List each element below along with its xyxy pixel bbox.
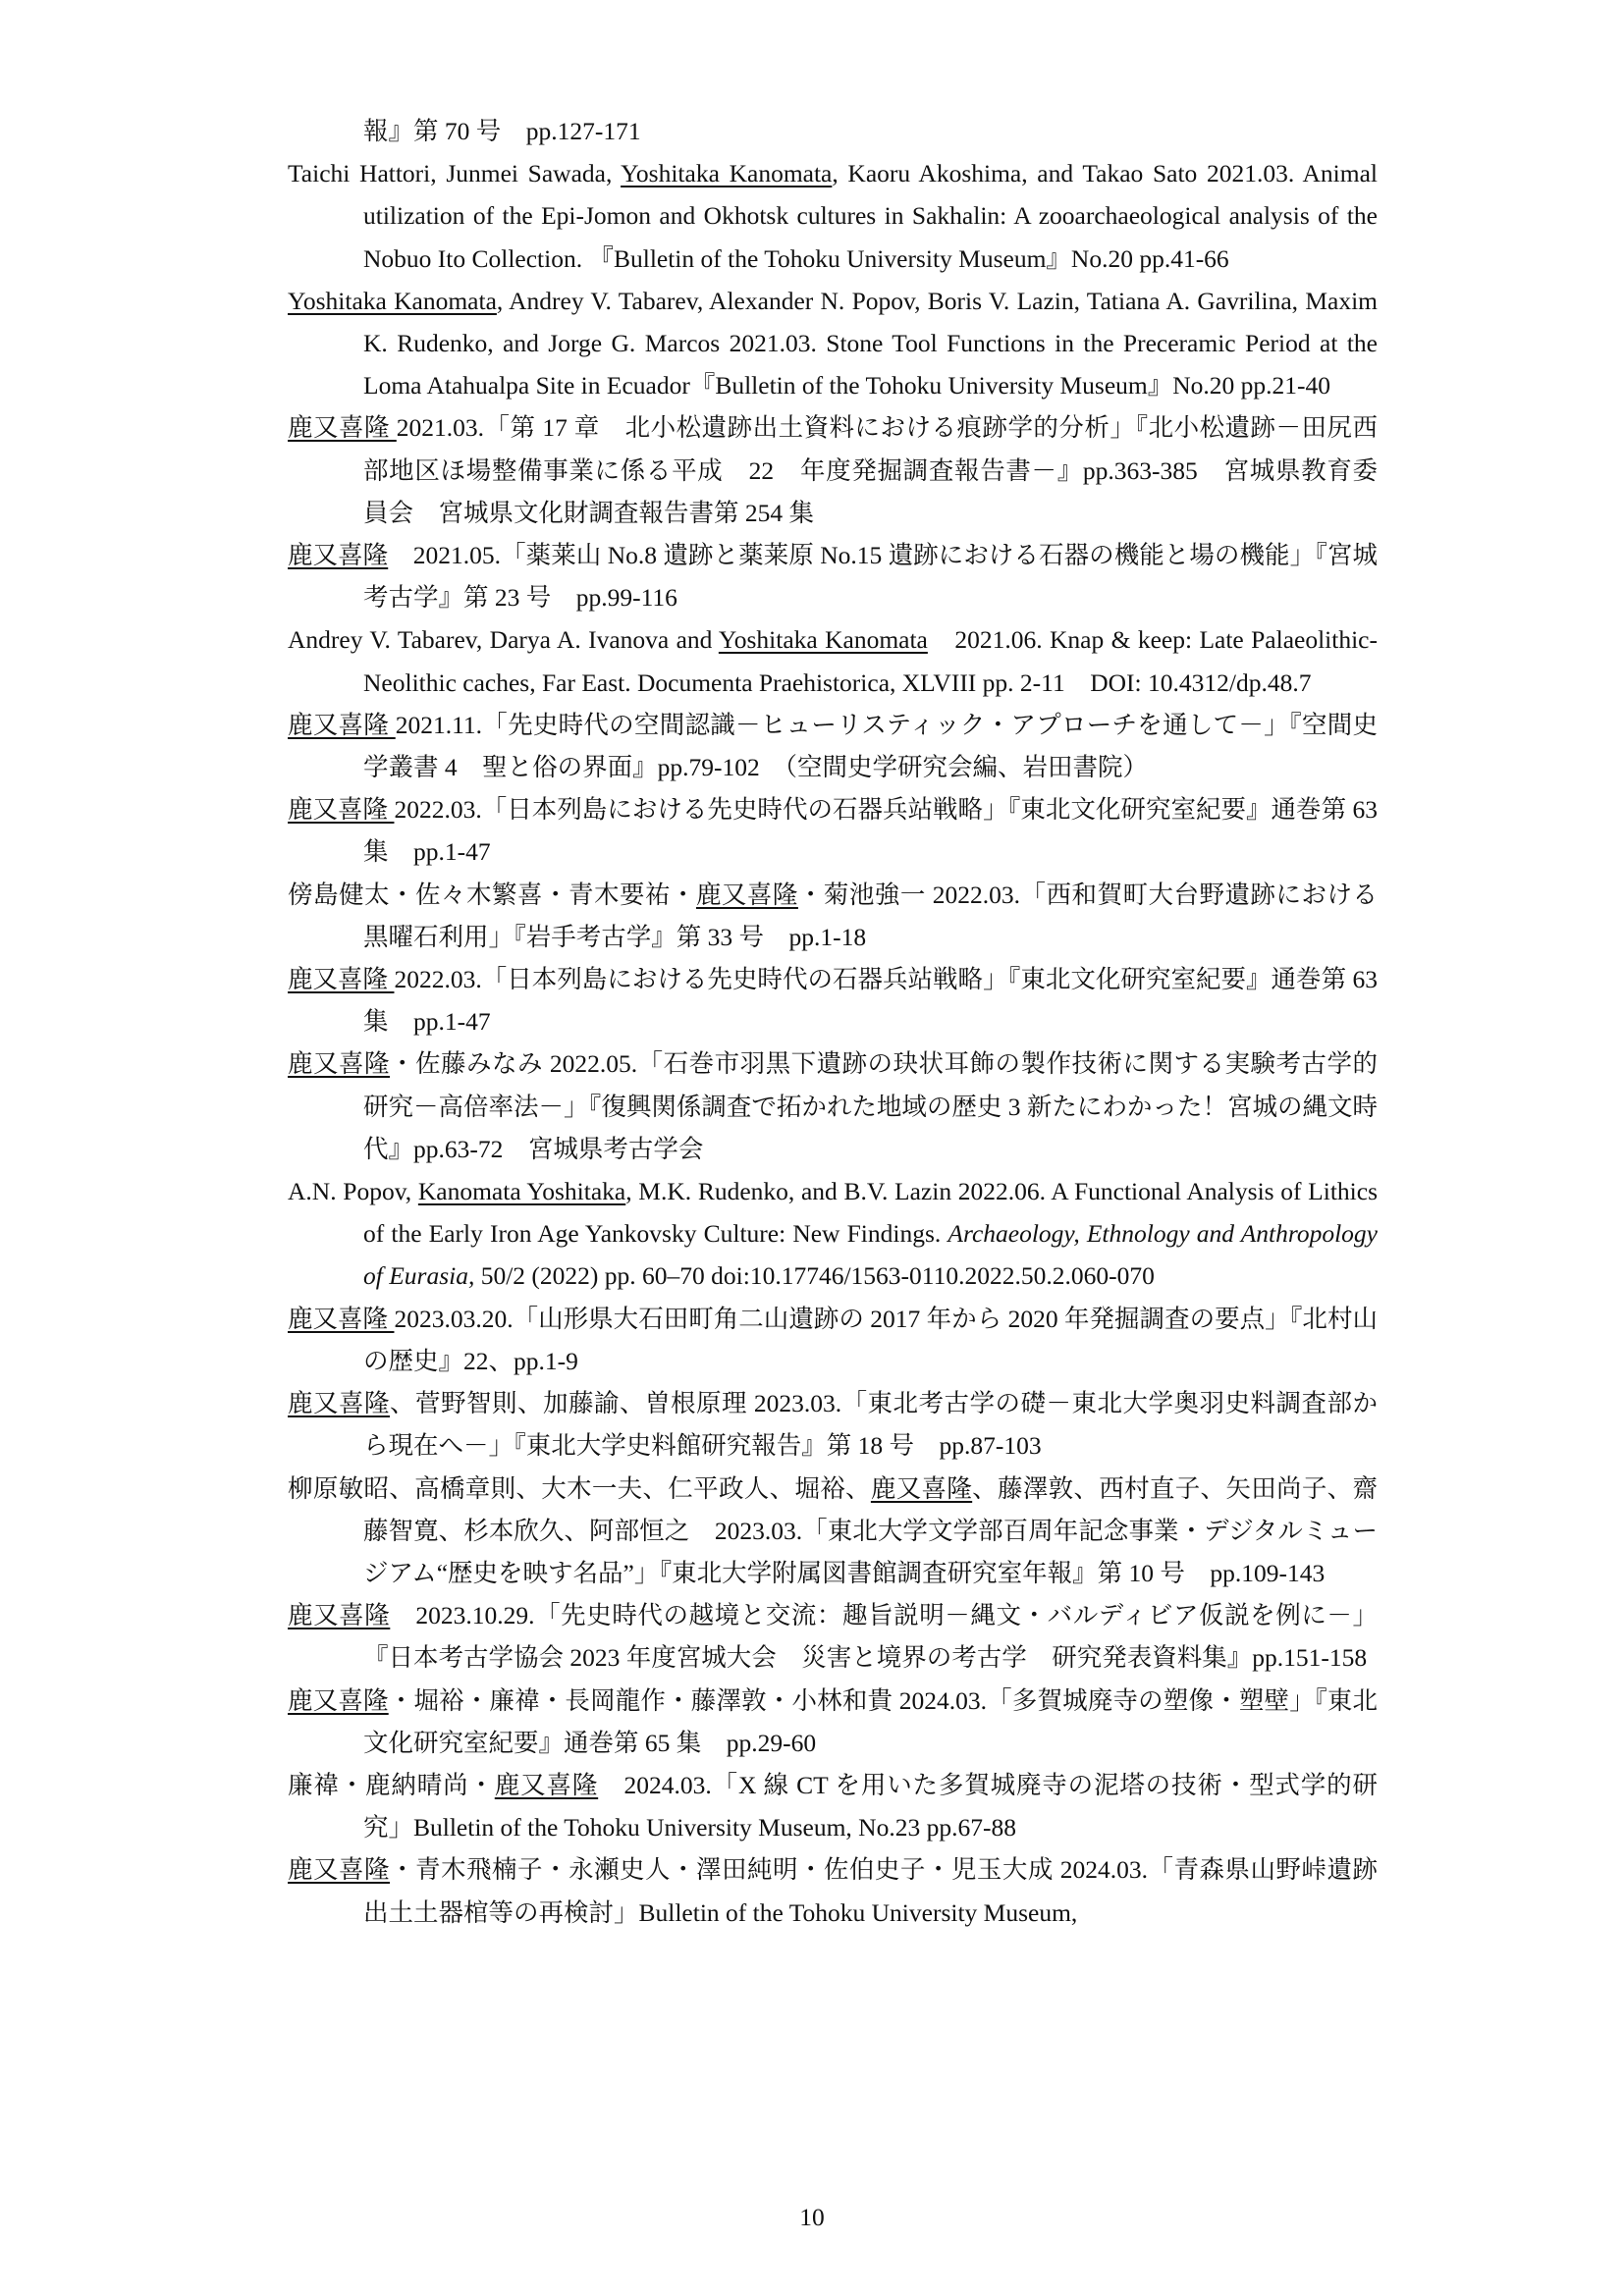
reference-text: ・青木飛楠子・永瀬史人・澤田純明・佐伯史子・児玉大成 2024.03.「青森県山… [363,1855,1378,1926]
reference-entry: 鹿又喜隆・堀裕・廉禕・長岡龍作・藤澤敦・小林和貴 2024.03.「多賀城廃寺の… [288,1680,1378,1764]
author-highlight: 鹿又喜隆 [288,1855,390,1884]
author-highlight: 鹿又喜隆 [288,1389,390,1417]
author-highlight: 鹿又喜隆 [288,413,397,442]
reference-text: 傍島健太・佐々木繁喜・青木要祐・ [288,881,696,909]
reference-text: A.N. Popov, [288,1177,418,1205]
author-highlight: 鹿又喜隆 [288,965,394,993]
reference-text: , Andrey V. Tabarev, Alexander N. Popov,… [363,287,1378,400]
author-highlight: 鹿又喜隆 [288,1601,390,1629]
author-highlight: 鹿又喜隆 [288,1049,390,1078]
reference-text: Andrey V. Tabarev, Darya A. Ivanova and [288,625,719,654]
author-highlight: 鹿又喜隆 [495,1771,598,1799]
reference-entry: 傍島健太・佐々木繁喜・青木要祐・鹿又喜隆・菊池強一 2022.03.「西和賀町大… [288,874,1378,958]
author-highlight: 鹿又喜隆 [871,1474,972,1503]
author-highlight: 鹿又喜隆 [288,541,388,569]
author-highlight: 鹿又喜隆 [696,881,798,909]
reference-entry: 鹿又喜隆 2022.03.「日本列島における先史時代の石器兵站戦略」『東北文化研… [288,958,1378,1042]
reference-entry: 鹿又喜隆・佐藤みなみ 2022.05.「石巻市羽黒下遺跡の玦状耳飾の製作技術に関… [288,1042,1378,1170]
author-highlight: Yoshitaka Kanomata [621,159,832,187]
reference-entry: 廉禕・鹿納晴尚・鹿又喜隆 2024.03.「X 線 CT を用いた多賀城廃寺の泥… [288,1764,1378,1848]
author-highlight: 鹿又喜隆 [288,711,396,739]
reference-text: 2023.03.20.「山形県大石田町角二山遺跡の 2017 年から 2020 … [363,1305,1378,1375]
author-highlight: 鹿又喜隆 [288,1686,389,1715]
reference-text: ・堀裕・廉禕・長岡龍作・藤澤敦・小林和貴 2024.03.「多賀城廃寺の塑像・塑… [363,1686,1378,1757]
page-number: 10 [0,2203,1624,2232]
reference-text: 2022.03.「日本列島における先史時代の石器兵站戦略」『東北文化研究室紀要』… [363,795,1378,866]
reference-text: 廉禕・鹿納晴尚・ [288,1771,495,1799]
reference-entry: Yoshitaka Kanomata, Andrey V. Tabarev, A… [288,280,1378,407]
reference-text: 柳原敏昭、高橋章則、大木一夫、仁平政人、堀裕、 [288,1474,871,1503]
reference-entry-continuation: 報』第 70 号 pp.127-171 [288,110,1378,152]
bibliography-list: 報』第 70 号 pp.127-171Taichi Hattori, Junme… [288,110,1378,1934]
reference-entry: 鹿又喜隆 2021.03.「第 17 章 北小松遺跡出土資料における痕跡学的分析… [288,406,1378,534]
reference-text: Taichi Hattori, Junmei Sawada, [288,159,621,187]
author-highlight: Yoshitaka Kanomata [288,287,497,315]
reference-entry: 鹿又喜隆・青木飛楠子・永瀬史人・澤田純明・佐伯史子・児玉大成 2024.03.「… [288,1848,1378,1933]
reference-entry: 柳原敏昭、高橋章則、大木一夫、仁平政人、堀裕、鹿又喜隆、藤澤敦、西村直子、矢田尚… [288,1468,1378,1595]
reference-text: 2021.05.「薬莱山 No.8 遺跡と薬莱原 No.15 遺跡における石器の… [363,541,1378,612]
reference-entry: 鹿又喜隆、菅野智則、加藤諭、曽根原理 2023.03.「東北考古学の礎－東北大学… [288,1382,1378,1467]
reference-text: 、菅野智則、加藤諭、曽根原理 2023.03.「東北考古学の礎－東北大学奥羽史料… [363,1389,1378,1460]
reference-entry: 鹿又喜隆 2023.10.29.「先史時代の越境と交流：趣旨説明－縄文・バルディ… [288,1594,1378,1679]
reference-entry: Taichi Hattori, Junmei Sawada, Yoshitaka… [288,152,1378,280]
reference-entry: Andrey V. Tabarev, Darya A. Ivanova and … [288,618,1378,703]
reference-entry: 鹿又喜隆 2021.11.「先史時代の空間認識－ヒューリスティック・アプローチを… [288,704,1378,788]
reference-text: 報』第 70 号 pp.127-171 [363,117,641,145]
author-highlight: 鹿又喜隆 [288,795,394,824]
reference-entry: 鹿又喜隆 2021.05.「薬莱山 No.8 遺跡と薬莱原 No.15 遺跡にお… [288,534,1378,618]
reference-text: 2021.03.「第 17 章 北小松遺跡出土資料における痕跡学的分析」『北小松… [363,413,1378,526]
reference-entry: A.N. Popov, Kanomata Yoshitaka, M.K. Rud… [288,1170,1378,1298]
reference-text: 2021.11.「先史時代の空間認識－ヒューリスティック・アプローチを通して－」… [363,711,1378,781]
author-highlight: 鹿又喜隆 [288,1305,394,1333]
reference-entry: 鹿又喜隆 2023.03.20.「山形県大石田町角二山遺跡の 2017 年から … [288,1298,1378,1382]
author-highlight: Kanomata Yoshitaka [418,1177,625,1205]
reference-text: 50/2 (2022) pp. 60–70 doi:10.17746/1563-… [474,1261,1154,1290]
reference-entry: 鹿又喜隆 2022.03.「日本列島における先史時代の石器兵站戦略」『東北文化研… [288,788,1378,873]
reference-text: 2022.03.「日本列島における先史時代の石器兵站戦略」『東北文化研究室紀要』… [363,965,1378,1036]
reference-text: ・佐藤みなみ 2022.05.「石巻市羽黒下遺跡の玦状耳飾の製作技術に関する実験… [363,1049,1378,1162]
author-highlight: Yoshitaka Kanomata [719,625,928,654]
reference-text: 2023.10.29.「先史時代の越境と交流：趣旨説明－縄文・バルディビア仮説を… [363,1601,1378,1672]
